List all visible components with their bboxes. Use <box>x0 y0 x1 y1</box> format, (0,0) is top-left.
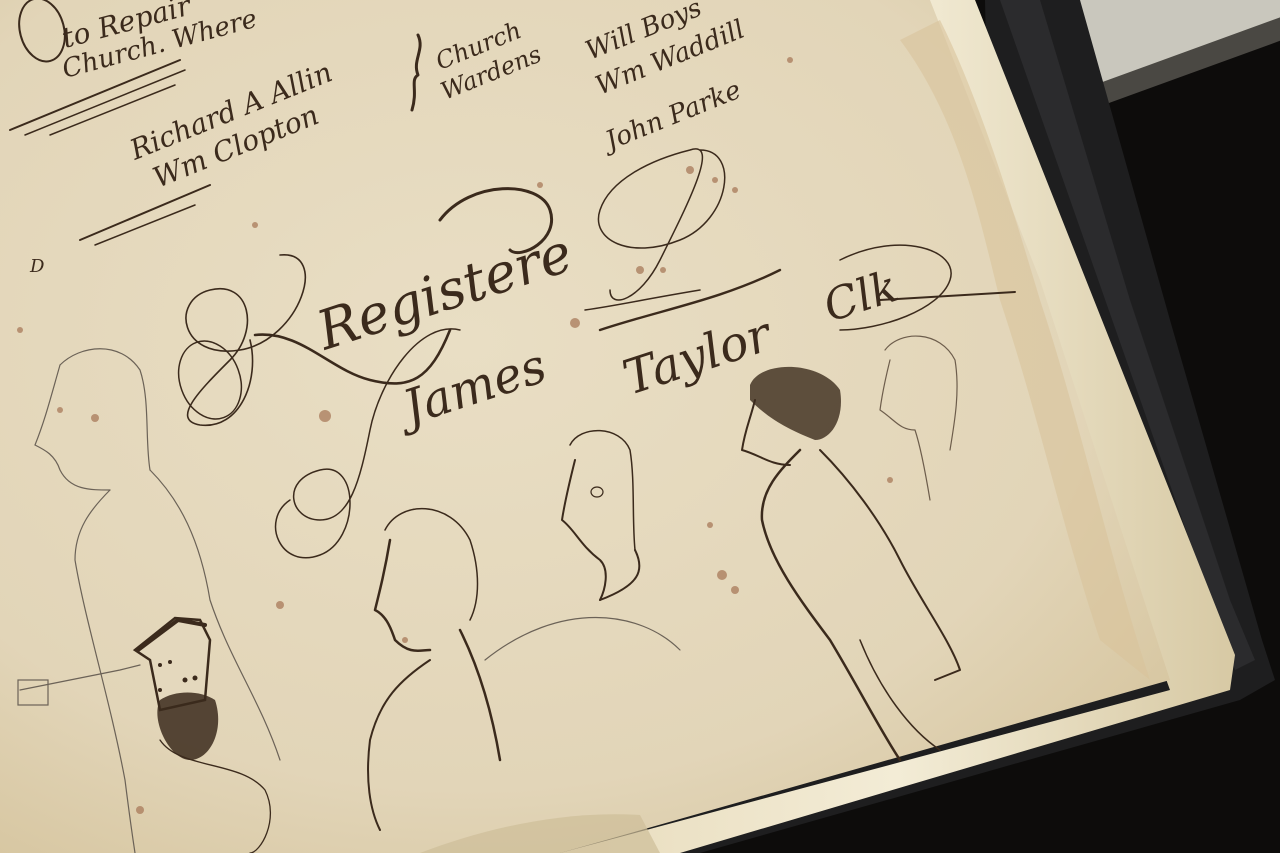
photo-scene: to Repair Church. Where Richard A Allin … <box>0 0 1280 853</box>
margin-mark: D <box>29 256 45 277</box>
book-illustration: to Repair Church. Where Richard A Allin … <box>0 0 1280 853</box>
